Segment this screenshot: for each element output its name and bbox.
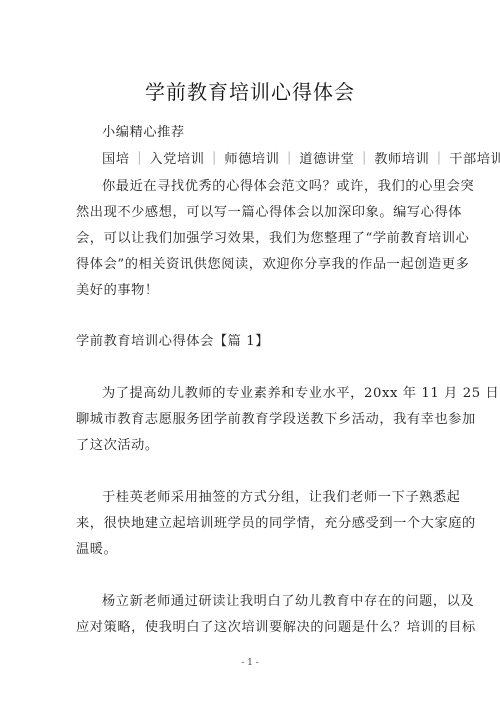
tag-separator: ｜ (130, 152, 150, 167)
tag-separator: ｜ (429, 152, 449, 167)
intro-line: 会，可以让我们加强学习效果，我们为您整理了“学前教育培训心 (76, 231, 428, 247)
tag-link-jiaoshi[interactable]: 教师培训 (374, 152, 429, 167)
tag-link-shide[interactable]: 师德培训 (224, 152, 279, 167)
intro-line: 美好的事物！ (76, 283, 428, 299)
document-page: 学前教育培训心得体会 小编精心推荐 国培｜入党培训｜师德培训｜道德讲堂｜教师培训… (0, 0, 500, 707)
section-heading: 学前教育培训心得体会【篇 1】 (76, 334, 428, 350)
intro-line: 你最近在寻找优秀的心得体会范文吗？或许，我们的心里会突 (102, 179, 454, 195)
paragraph-line: 聊城市教育志愿服务团学前教育学段送教下乡活动，我有幸也参加 (76, 412, 428, 428)
tag-links: 国培｜入党培训｜师德培训｜道德讲堂｜教师培训｜干部培训 (102, 152, 454, 168)
intro-line: 得体会”的相关资讯供您阅读，欢迎你分享我的作品一起创造更多 (76, 257, 428, 273)
paragraph-line: 来，很快地建立起培训班学员的同学情，充分感受到一个大家庭的 (76, 516, 428, 532)
paragraph-line: 为了提高幼儿教师的专业素养和专业水平，20xx 年 11 月 25 日 (102, 386, 454, 402)
recommend-label: 小编精心推荐 (102, 125, 454, 141)
tag-separator: ｜ (354, 152, 374, 167)
paragraph-line: 杨立新老师通过研读让我明白了幼儿教育中存在的问题，以及 (102, 594, 454, 610)
tag-separator: ｜ (279, 152, 299, 167)
intro-line: 然出现不少感想，可以写一篇心得体会以加深印象。编写心得体 (76, 205, 428, 221)
paragraph-line: 应对策略，使我明白了这次培训要解决的问题是什么？培训的目标 (76, 620, 428, 636)
document-title: 学前教育培训心得体会 (0, 76, 500, 105)
page-number: - 1 - (0, 658, 500, 668)
paragraph-line: 于桂英老师采用抽签的方式分组，让我们老师一下子熟悉起 (102, 490, 454, 506)
tag-separator: ｜ (205, 152, 225, 167)
paragraph-line: 温暖。 (76, 542, 428, 558)
tag-link-ganbu[interactable]: 干部培训 (449, 152, 500, 167)
tag-link-rudang[interactable]: 入党培训 (149, 152, 204, 167)
paragraph-line: 了这次活动。 (76, 438, 428, 454)
tag-link-daode[interactable]: 道德讲堂 (299, 152, 354, 167)
tag-link-guopei[interactable]: 国培 (102, 152, 130, 167)
